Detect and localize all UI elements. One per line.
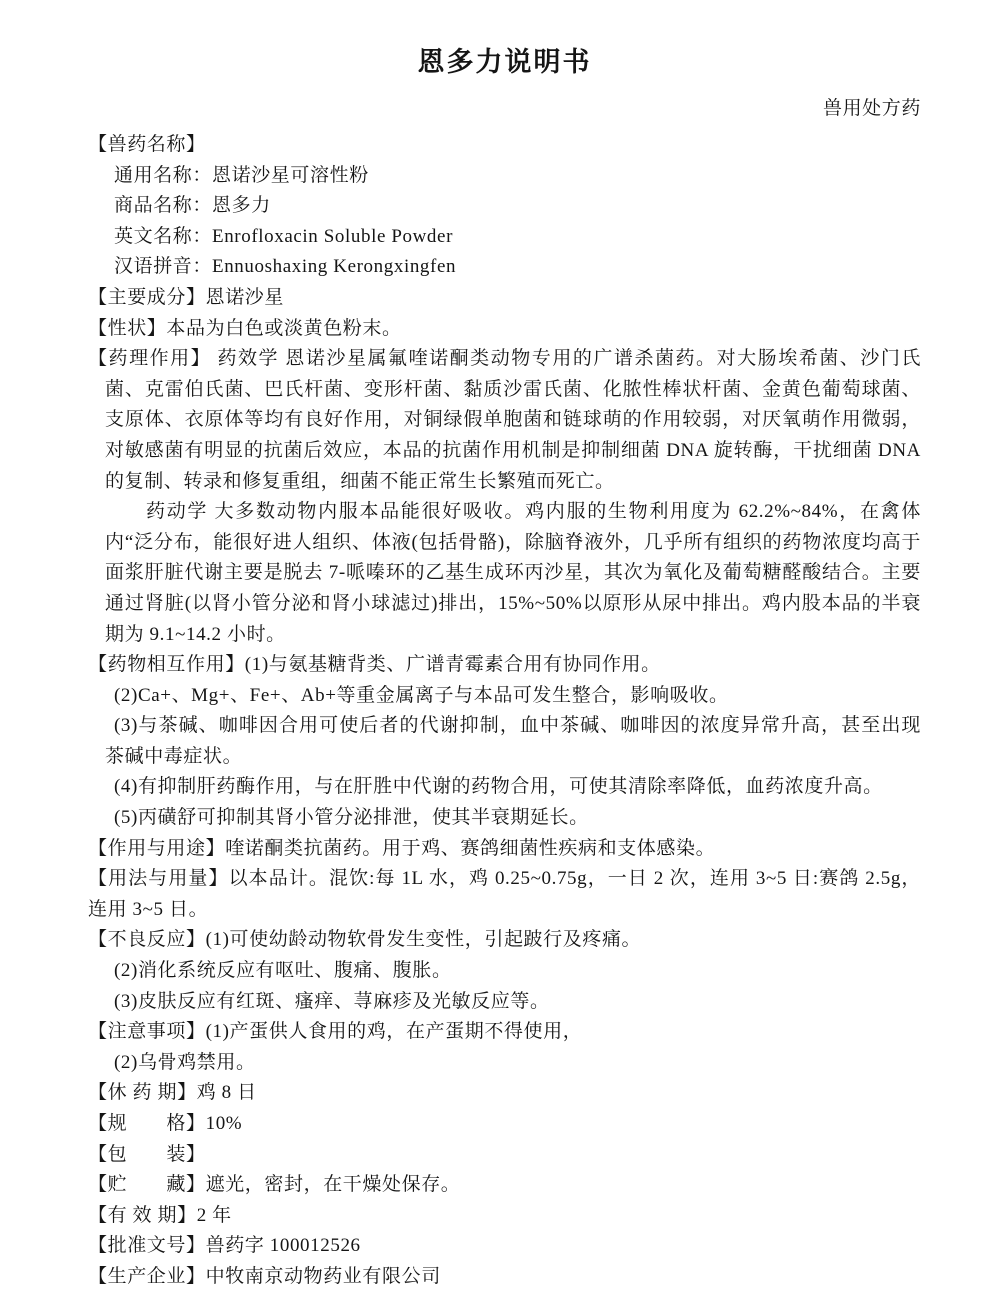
paragraph-12: (3)与茶碱、咖啡因合用可使后者的代谢抑制，血中茶碱、咖啡因的浓度异常升高，甚至… [105, 711, 921, 772]
paragraph-6: 【主要成分】恩诺沙星 [88, 283, 921, 314]
paragraph-24: 【包 装】 [88, 1140, 921, 1171]
document-page: 恩多力说明书 兽用处方药 【兽药名称】通用名称：恩诺沙星可溶性粉商品名称：恩多力… [0, 0, 983, 1301]
paragraph-27: 【批准文号】兽药字 100012526 [88, 1231, 921, 1262]
paragraph-11: (2)Ca+、Mg+、Fe+、Ab+等重金属离子与本品可发生整合，影响吸收。 [114, 681, 921, 712]
document-title: 恩多力说明书 [88, 40, 921, 79]
paragraph-3: 商品名称：恩多力 [114, 191, 921, 222]
paragraph-8: 【药理作用】 药效学 恩诺沙星属氟喹诺酮类动物专用的广谱杀菌药。对大肠埃希菌、沙… [88, 344, 921, 497]
paragraph-10: 【药物相互作用】(1)与氨基糖背类、广谱青霉素合用有协同作用。 [88, 650, 921, 681]
document-body: 【兽药名称】通用名称：恩诺沙星可溶性粉商品名称：恩多力英文名称：Enroflox… [88, 130, 921, 1293]
paragraph-19: (3)皮肤反应有红斑、瘙痒、荨麻疹及光敏反应等。 [114, 987, 921, 1018]
paragraph-14: (5)丙磺舒可抑制其肾小管分泌排泄，使其半衰期延长。 [114, 803, 921, 834]
paragraph-2: 通用名称：恩诺沙星可溶性粉 [114, 161, 921, 192]
paragraph-25: 【贮 藏】遮光，密封，在干燥处保存。 [88, 1170, 921, 1201]
paragraph-1: 【兽药名称】 [88, 130, 921, 161]
paragraph-17: 【不良反应】(1)可使幼龄动物软骨发生变性，引起跛行及疼痛。 [88, 925, 921, 956]
paragraph-18: (2)消化系统反应有呕吐、腹痛、腹胀。 [114, 956, 921, 987]
paragraph-28: 【生产企业】中牧南京动物药业有限公司 [88, 1262, 921, 1293]
paragraph-13: (4)有抑制肝药酶作用，与在肝胜中代谢的药物合用，可使其清除率降低，血药浓度升高… [114, 772, 921, 803]
paragraph-16: 【用法与用量】以本品计。混饮:每 1L 水，鸡 0.25~0.75g，一日 2 … [88, 864, 921, 925]
paragraph-21: (2)乌骨鸡禁用。 [114, 1048, 921, 1079]
paragraph-15: 【作用与用途】喹诺酮类抗菌药。用于鸡、赛鸽细菌性疾病和支体感染。 [88, 834, 921, 865]
paragraph-26: 【有 效 期】2 年 [88, 1201, 921, 1232]
paragraph-9: 药动学 大多数动物内服本品能很好吸收。鸡内服的生物利用度为 62.2%~84%，… [88, 497, 921, 650]
paragraph-23: 【规 格】10% [88, 1109, 921, 1140]
paragraph-4: 英文名称：Enrofloxacin Soluble Powder [114, 222, 921, 253]
paragraph-5: 汉语拼音：Ennuoshaxing Kerongxingfen [114, 252, 921, 283]
prescription-classification: 兽用处方药 [88, 93, 921, 120]
paragraph-7: 【性状】本品为白色或淡黄色粉末。 [88, 314, 921, 345]
paragraph-22: 【休 药 期】鸡 8 日 [88, 1078, 921, 1109]
paragraph-20: 【注意事项】(1)产蛋供人食用的鸡，在产蛋期不得使用， [88, 1017, 921, 1048]
